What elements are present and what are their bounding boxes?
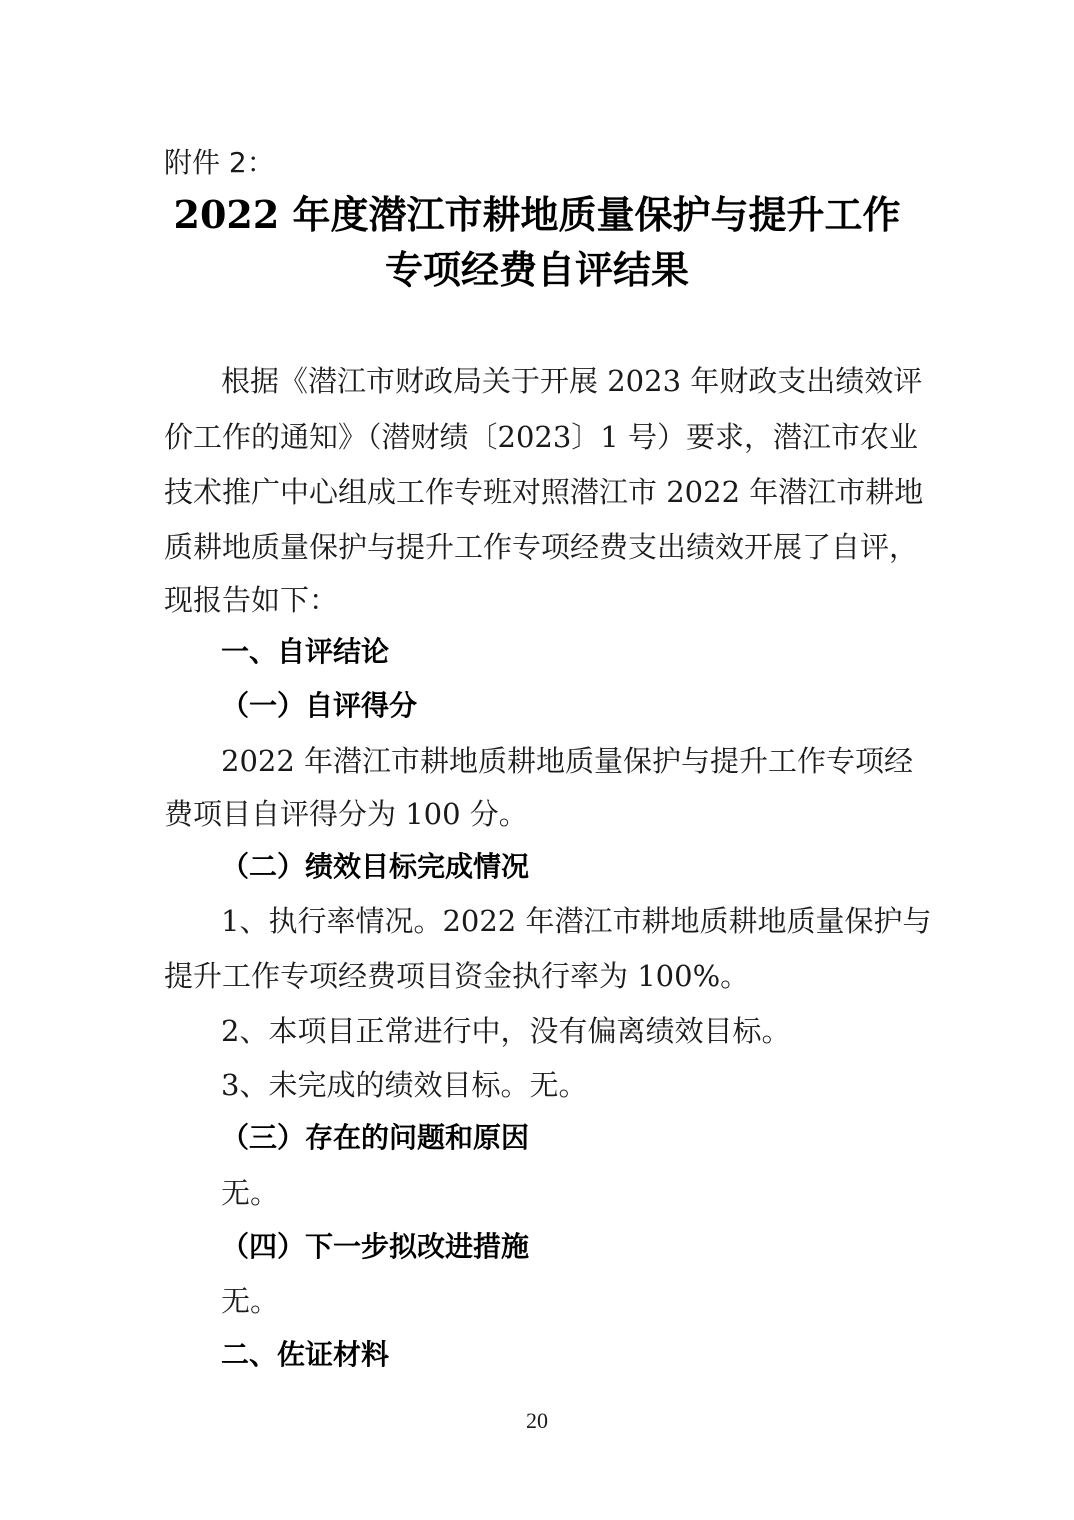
attachment-label: 附件 2：: [164, 146, 275, 180]
intro-paragraph-line: 技术推广中心组成工作专班对照潜江市 2022 年潜江市耕地: [164, 475, 911, 509]
section-heading-evidence: 二、佐证材料: [221, 1338, 389, 1372]
document-title-line-2: 专项经费自评结果: [0, 247, 1074, 293]
intro-paragraph-line: 质耕地质量保护与提升工作专项经费支出绩效开展了自评，: [164, 530, 911, 564]
problems-body: 无。: [221, 1176, 279, 1210]
subsection-heading-problems: （三）存在的问题和原因: [221, 1121, 529, 1155]
subsection-heading-score: （一）自评得分: [221, 689, 417, 723]
intro-paragraph-line: 根据《潜江市财政局关于开展 2023 年财政支出绩效评: [221, 364, 911, 398]
goal-item-1-line: 提升工作专项经费项目资金执行率为 100%。: [164, 959, 749, 993]
score-paragraph-line: 2022 年潜江市耕地质耕地质量保护与提升工作专项经: [221, 744, 911, 778]
improvements-body: 无。: [221, 1284, 279, 1318]
document-title-line-1: 2022 年度潜江市耕地质量保护与提升工作: [0, 192, 1074, 238]
score-paragraph-line: 费项目自评得分为 100 分。: [164, 797, 528, 831]
intro-paragraph-line: 现报告如下：: [164, 583, 338, 617]
intro-paragraph-line: 价工作的通知》（潜财绩〔2023〕1 号）要求，潜江市农业: [164, 420, 911, 454]
subsection-heading-improvements: （四）下一步拟改进措施: [221, 1230, 529, 1264]
section-heading-conclusion: 一、自评结论: [221, 635, 389, 669]
subsection-heading-goals: （二）绩效目标完成情况: [221, 850, 529, 884]
goal-item-2: 2、本项目正常进行中，没有偏离绩效目标。: [221, 1014, 790, 1048]
document-page: 附件 2： 2022 年度潜江市耕地质量保护与提升工作 专项经费自评结果 根据《…: [0, 0, 1074, 1520]
goal-item-1-line: 1、执行率情况。2022 年潜江市耕地质耕地质量保护与: [221, 904, 911, 938]
goal-item-3: 3、未完成的绩效目标。无。: [221, 1068, 587, 1102]
page-number: 20: [0, 1404, 1074, 1438]
